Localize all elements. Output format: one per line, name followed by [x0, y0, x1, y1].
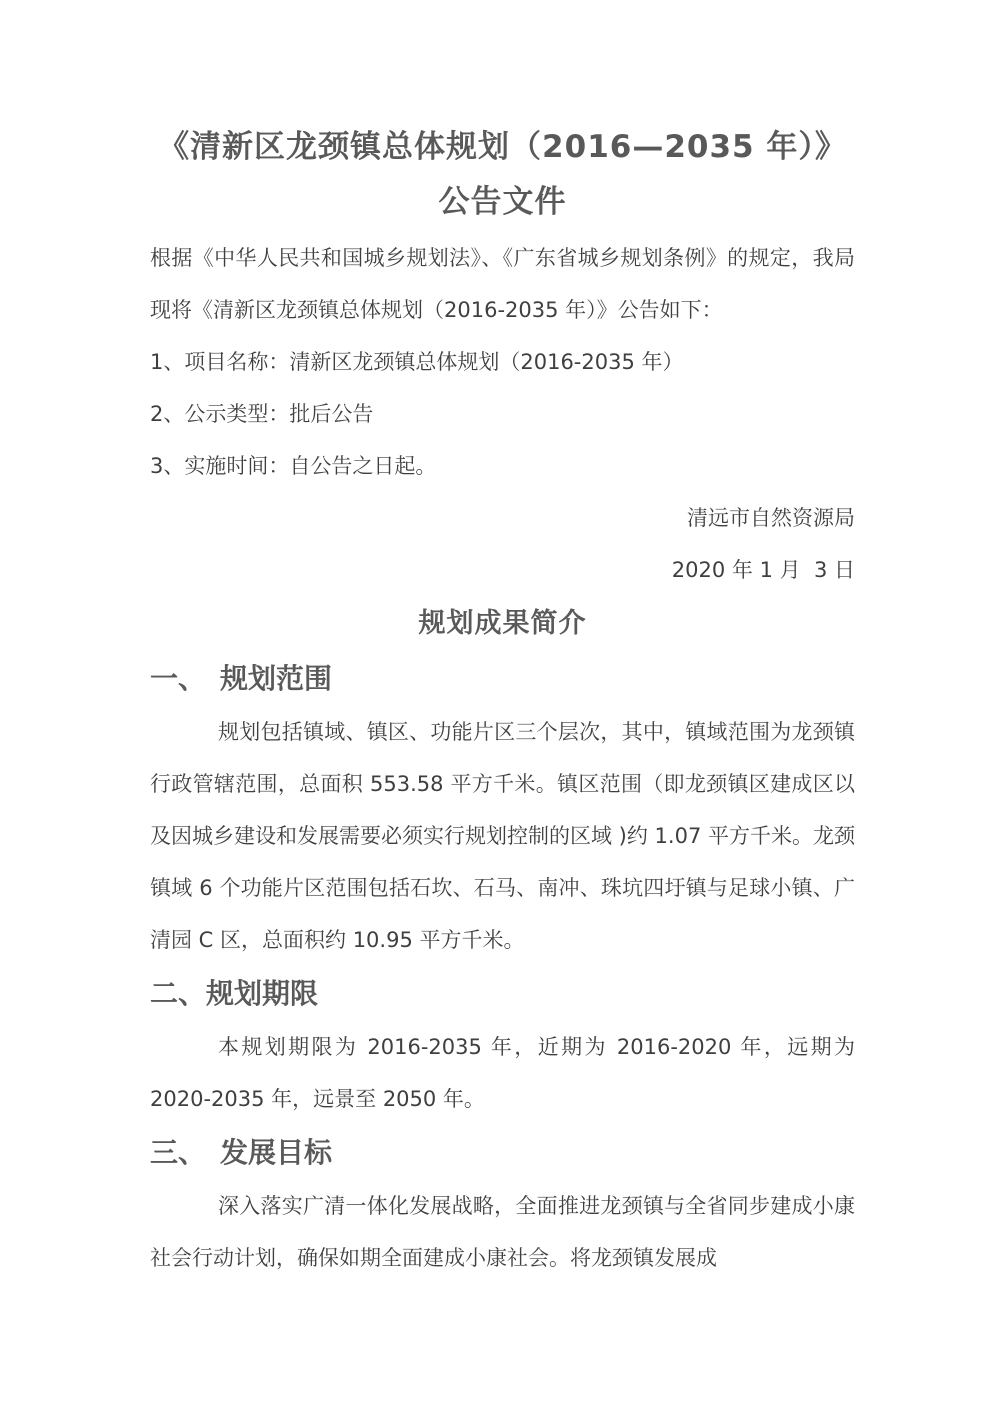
section-heading-development-goals: 三、 发展目标 [150, 1125, 855, 1180]
list-item-notice-type: 2、公示类型：批后公告 [150, 388, 855, 440]
document-title-line-1: 《清新区龙颈镇总体规划（2016—2035 年）》 [150, 120, 855, 175]
list-item-project-name: 1、项目名称：清新区龙颈镇总体规划（2016-2035 年） [150, 336, 855, 388]
document-title-line-2: 公告文件 [150, 175, 855, 230]
section-paragraph-planning-scope: 规划包括镇域、镇区、功能片区三个层次，其中，镇域范围为龙颈镇行政管辖范围，总面积… [150, 706, 855, 966]
section-heading-planning-scope: 一、 规划范围 [150, 651, 855, 706]
document-page: 《清新区龙颈镇总体规划（2016—2035 年）》 公告文件 根据《中华人民共和… [0, 0, 1000, 1415]
section-paragraph-planning-period: 本规划期限为 2016-2035 年，近期为 2016-2020 年，远期为 2… [150, 1021, 855, 1125]
issue-date: 2020 年 1 月 3 日 [150, 544, 855, 596]
summary-main-title: 规划成果简介 [150, 596, 855, 651]
intro-paragraph: 根据《中华人民共和国城乡规划法》、《广东省城乡规划条例》的规定，我局现将《清新区… [150, 232, 855, 336]
section-heading-planning-period: 二、规划期限 [150, 966, 855, 1021]
issuer-signature: 清远市自然资源局 [150, 492, 855, 544]
list-item-effective-time: 3、实施时间：自公告之日起。 [150, 440, 855, 492]
section-paragraph-development-goals: 深入落实广清一体化发展战略，全面推进龙颈镇与全省同步建成小康社会行动计划，确保如… [150, 1180, 855, 1284]
document-content: 《清新区龙颈镇总体规划（2016—2035 年）》 公告文件 根据《中华人民共和… [0, 0, 1000, 1284]
document-title: 《清新区龙颈镇总体规划（2016—2035 年）》 公告文件 [150, 120, 855, 230]
